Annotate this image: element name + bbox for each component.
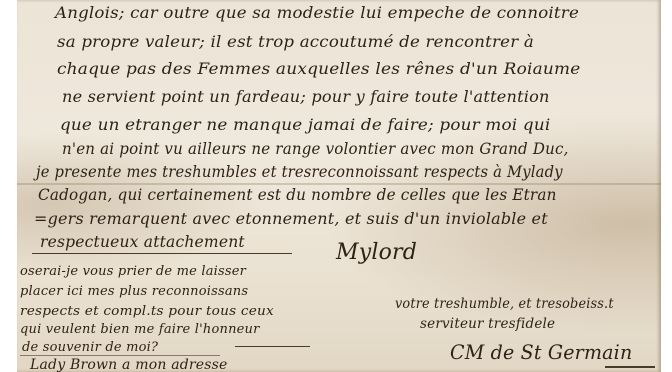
postscript-line-4: qui veulent bien me faire l'honneur bbox=[20, 322, 260, 337]
divider-rule bbox=[32, 253, 292, 254]
body-line-2: sa propre valeur; il est trop accoutumé … bbox=[57, 33, 534, 51]
body-line-7: je presente mes treshumbles et tresrecon… bbox=[36, 163, 563, 181]
paper-fold bbox=[17, 183, 661, 185]
body-line-1: Anglois; car outre que sa modestie lui e… bbox=[55, 4, 579, 22]
postscript-line-3: respects et compl.ts pour tous ceux bbox=[20, 304, 274, 319]
signature-flourish bbox=[605, 366, 655, 368]
closing-line-2: serviteur tresfidele bbox=[420, 316, 555, 332]
closing-line-1: votre treshumble, et tresobeiss.t bbox=[395, 296, 614, 312]
body-line-3: chaque pas des Femmes auxquelles les rên… bbox=[57, 60, 580, 78]
salutation: Mylord bbox=[336, 240, 417, 265]
body-line-6: n'en ai point vu ailleurs ne range volon… bbox=[62, 140, 569, 158]
body-line-10: respectueux attachement bbox=[40, 233, 245, 251]
body-line-4: ne servient point un fardeau; pour y fai… bbox=[62, 88, 550, 106]
postscript-line-1: oserai-je vous prier de me laisser bbox=[20, 264, 246, 279]
postscript-end-rule bbox=[235, 346, 310, 347]
footer-line: Lady Brown a mon adresse bbox=[30, 357, 228, 372]
postscript-line-2: placer ici mes plus reconnoissans bbox=[20, 284, 248, 299]
postscript-underline bbox=[20, 355, 220, 356]
body-line-8: Cadogan, qui certainement est du nombre … bbox=[38, 186, 557, 204]
body-line-5: que un etranger ne manque jamai de faire… bbox=[60, 116, 550, 134]
body-line-9: =gers remarquent avec etonnement, et sui… bbox=[34, 210, 548, 228]
signature: CM de St Germain bbox=[450, 340, 632, 364]
postscript-line-5: de souvenir de moi? bbox=[22, 340, 158, 355]
